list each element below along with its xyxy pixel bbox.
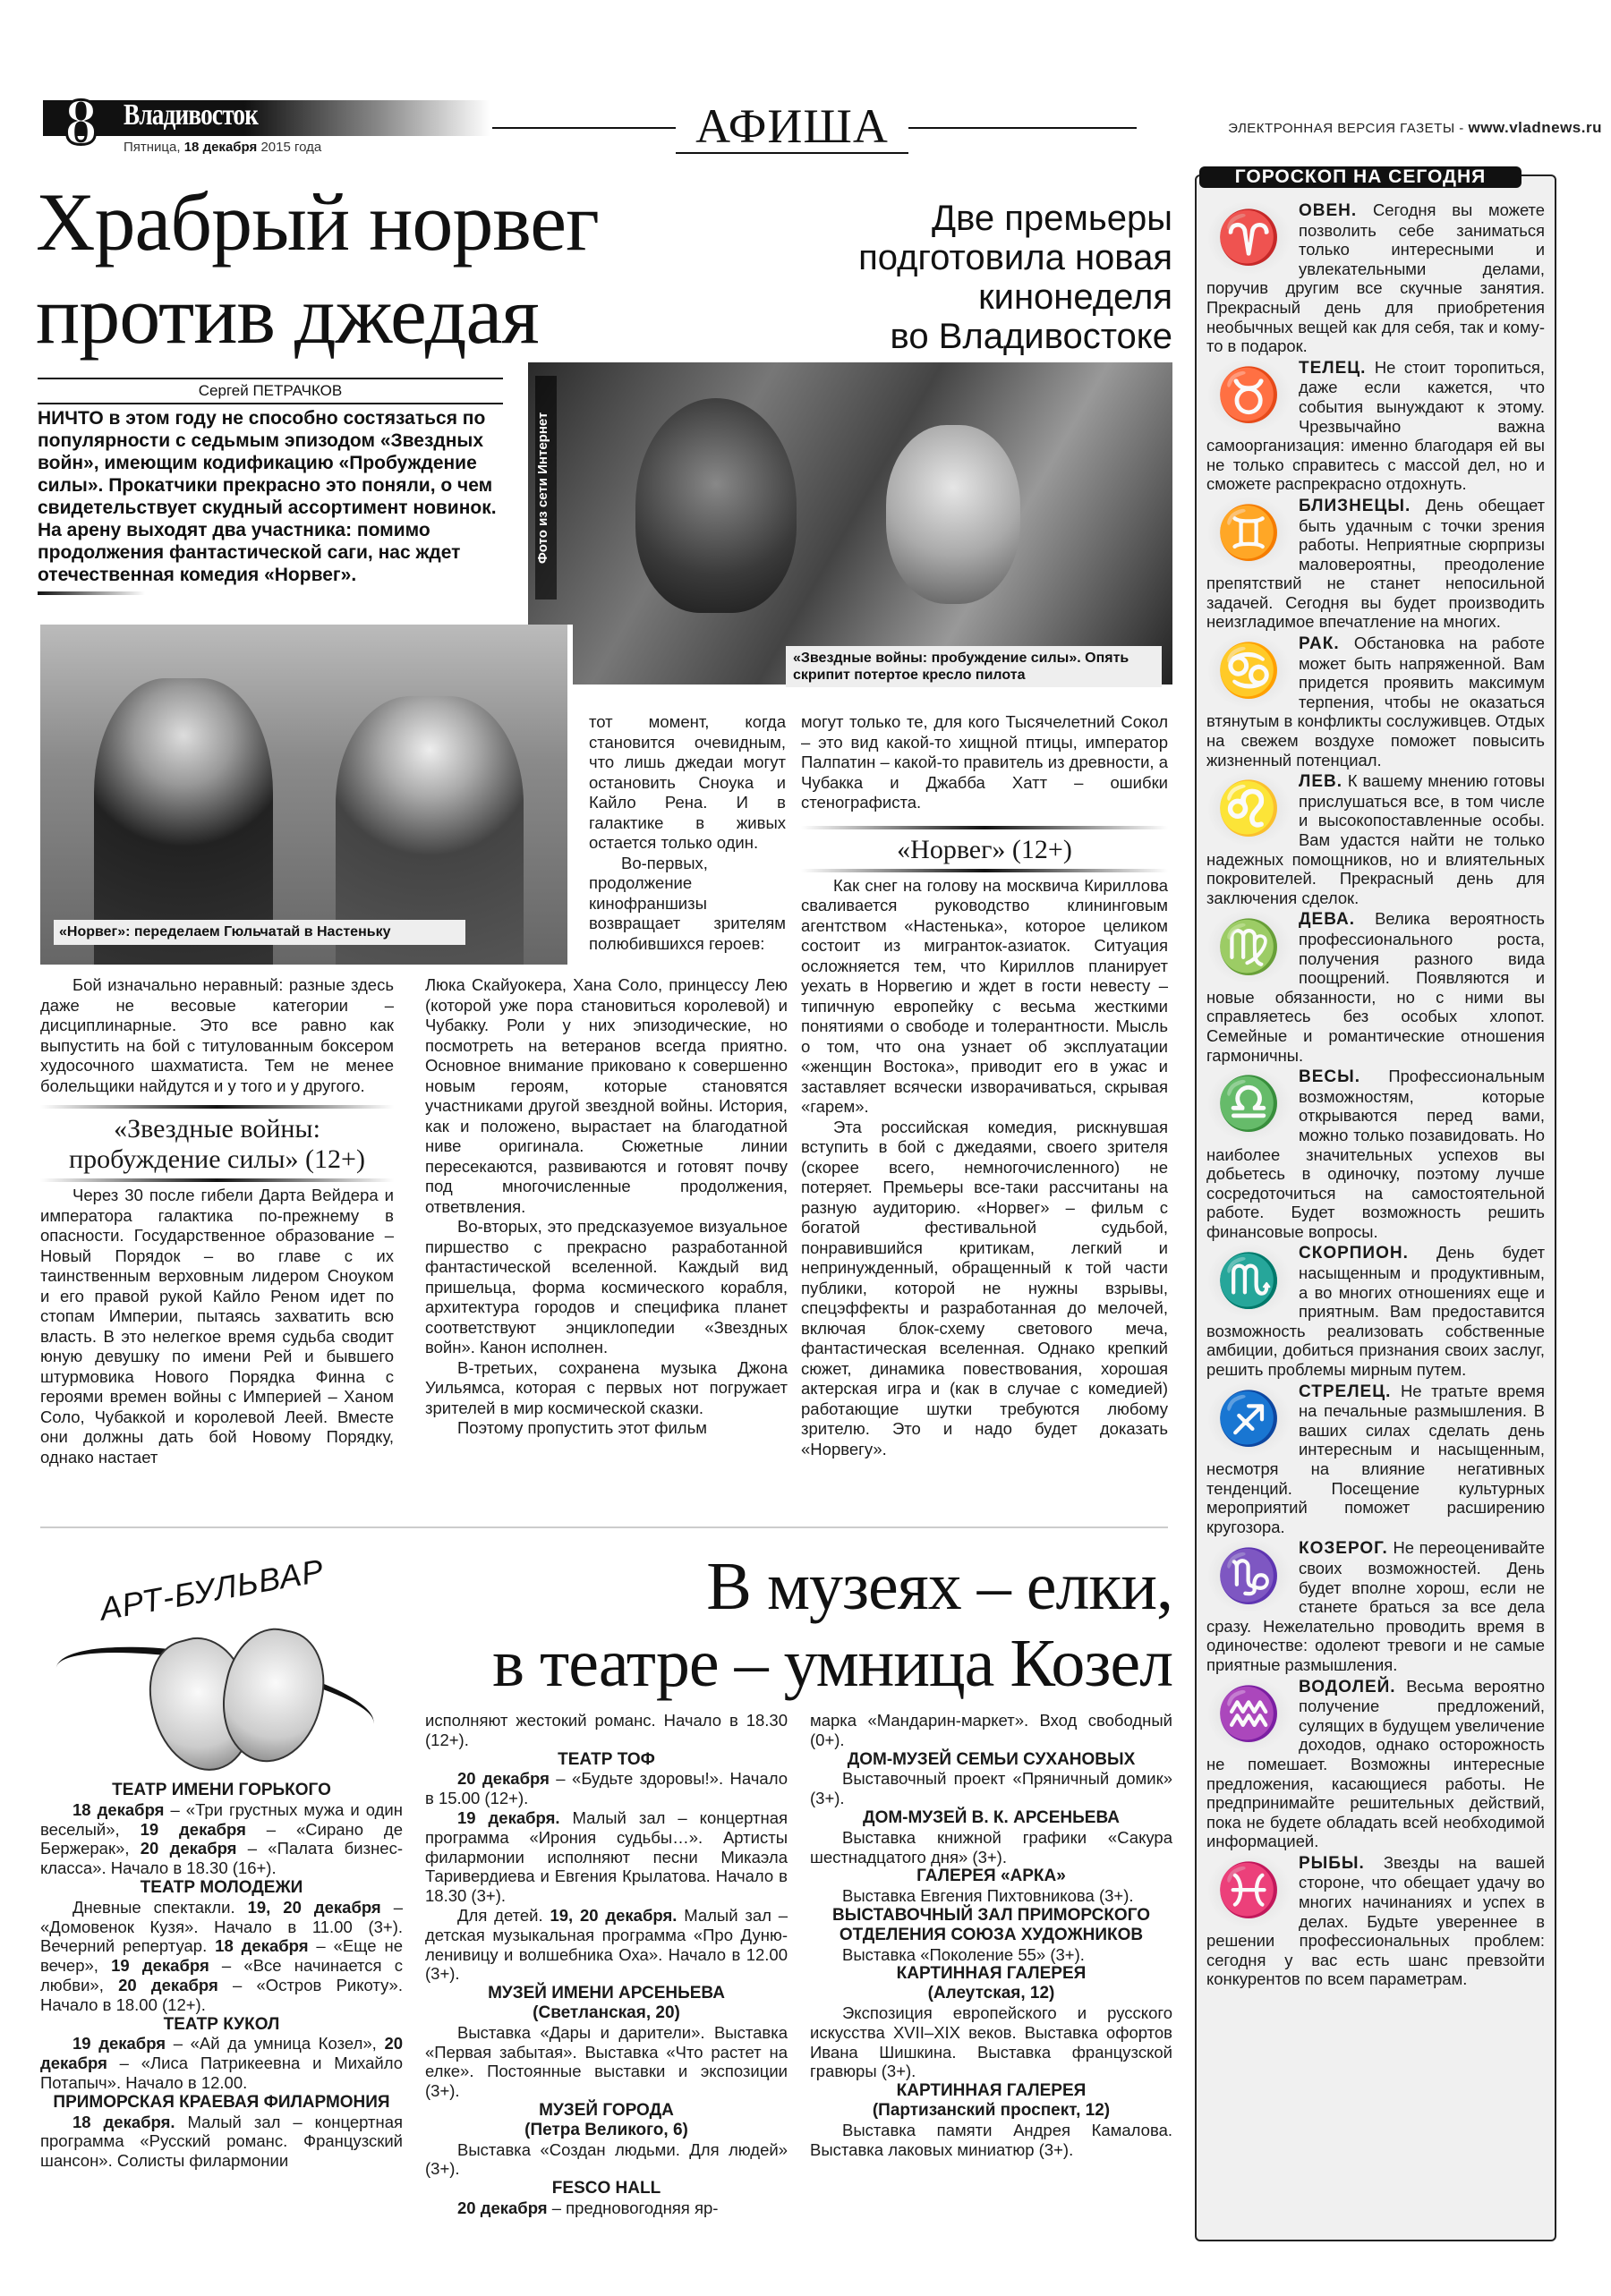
- listings-column-2: исполняют жестокий романс. Начало в 18.3…: [425, 1711, 788, 2218]
- photo-credit: Фото из сети Интернет: [535, 376, 557, 600]
- art-boulevard-label: АРТ-БУЛЬВАР: [97, 1552, 327, 1628]
- masthead: 8 Владивосток Пятница, 18 декабря 2015 г…: [43, 97, 490, 150]
- horoscope-list: ♈ОВЕН. Сегодня вы можете позволить себе …: [1206, 200, 1545, 1991]
- horoscope-entry: ♐СТРЕЛЕЦ. Не тратьте время на печальные …: [1206, 1382, 1545, 1537]
- pisces-icon: ♓: [1206, 1853, 1291, 1928]
- virgo-icon: ♍: [1206, 909, 1291, 984]
- venue-address: (Светланская, 20): [425, 2003, 788, 2023]
- masthead-gradient-bar: [43, 100, 490, 136]
- photo-caption-star-wars: «Звездные войны: пробуждение силы». Опят…: [786, 646, 1162, 687]
- venue-name: ПРИМОРСКАЯ КРАЕВАЯ ФИЛАРМОНИЯ: [40, 2093, 403, 2113]
- listings-column-3: марка «Мандарин-маркет». Вход свободный …: [810, 1711, 1172, 2159]
- event-listing: Выставка «Дары и дарители». Выставка «Пе…: [425, 2023, 788, 2101]
- paragraph: Через 30 после гибели Дарта Вейдера и им…: [40, 1186, 394, 1467]
- paragraph: Бой изначально неравный: разные здесь да…: [40, 975, 394, 1096]
- venue-name: ГАЛЕРЕЯ «АРКА»: [810, 1867, 1172, 1886]
- sign-name: ВЕСЫ.: [1299, 1067, 1360, 1086]
- paragraph: Эта российская комедия, рискнувшая вступ…: [801, 1118, 1168, 1460]
- subtitle-star-wars: «Звездные войны: пробуждение силы» (12+): [40, 1109, 394, 1178]
- sign-name: ТЕЛЕЦ.: [1299, 359, 1366, 378]
- section-divider: [40, 1526, 1168, 1528]
- subtitle-norveg: «Норвег» (12+): [801, 829, 1168, 869]
- event-listing: Выставочный проект «Пряничный домик» (3+…: [810, 1769, 1172, 1808]
- byline: Сергей ПЕТРАЧКОВ: [38, 378, 503, 404]
- event-listing: 18 декабря. Малый зал – концертная прогр…: [40, 2113, 403, 2171]
- article-lead: НИЧТО в этом году не способно состязатьс…: [38, 407, 503, 595]
- sagittarius-icon: ♐: [1206, 1382, 1291, 1457]
- photo-caption-norveg: «Норвег»: переделаем Гюльчатай в Настень…: [54, 920, 465, 945]
- paragraph: тот момент, когда становится очевидным, …: [589, 712, 786, 854]
- venue-name: ТЕАТР ТОФ: [425, 1750, 788, 1770]
- newspaper-name: Владивосток: [124, 98, 258, 132]
- horoscope-entry: ♊БЛИЗНЕЦЫ. День обещает быть удачным с т…: [1206, 496, 1545, 632]
- paragraph: Люка Скайуокера, Хана Соло, принцессу Ле…: [425, 975, 788, 1217]
- photo-norveg: [40, 625, 573, 965]
- sign-name: СКОРПИОН.: [1299, 1244, 1409, 1263]
- cancer-icon: ♋: [1206, 634, 1291, 709]
- venue-name: ВЫСТАВОЧНЫЙ ЗАЛ ПРИМОРСКОГО ОТДЕЛЕНИЯ СО…: [810, 1906, 1172, 1945]
- event-listing: Выставка книжной графики «Сакура шестнад…: [810, 1828, 1172, 1867]
- sign-name: БЛИЗНЕЦЫ.: [1299, 497, 1411, 515]
- gemini-icon: ♊: [1206, 496, 1291, 571]
- horoscope-entry: ♋РАК. Обстановка на работе может быть на…: [1206, 634, 1545, 770]
- venue-name: ТЕАТР КУКОЛ: [40, 2015, 403, 2035]
- sign-name: ДЕВА.: [1299, 910, 1355, 929]
- paragraph: Во-первых, продолжение кинофраншизы возв…: [589, 854, 786, 955]
- venue-name: КАРТИННАЯ ГАЛЕРЕЯ: [810, 1964, 1172, 1984]
- event-listing: Для детей. 19, 20 декабря. Малый зал – д…: [425, 1906, 788, 1984]
- event-listing: Выставка «Поколение 55» (3+).: [810, 1945, 1172, 1965]
- article-column-2: Люка Скайуокера, Хана Соло, принцессу Ле…: [425, 975, 788, 1439]
- art-boulevard-logo: АРТ-БУЛЬВАР: [36, 1557, 394, 1781]
- horoscope-entry: ♒ВОДОЛЕЙ. Весьма вероятно получение пред…: [1206, 1677, 1545, 1851]
- website-link[interactable]: www.vladnews.ru: [1468, 119, 1602, 136]
- sign-name: СТРЕЛЕЦ.: [1299, 1382, 1391, 1401]
- venue-name: ДОМ-МУЗЕЙ СЕМЬИ СУХАНОВЫХ: [810, 1750, 1172, 1770]
- event-listing: 20 декабря – предновогодняя яр-: [425, 2198, 788, 2218]
- event-listing: Выставка Евгения Пихтовникова (3+).: [810, 1886, 1172, 1906]
- sign-name: РЫБЫ.: [1299, 1854, 1365, 1873]
- sign-name: ВОДОЛЕЙ.: [1299, 1678, 1396, 1696]
- venue-name: МУЗЕЙ ГОРОДА: [425, 2101, 788, 2121]
- section-title: АФИША: [676, 98, 908, 154]
- event-listing: Экспозиция европейского и русского искус…: [810, 2003, 1172, 2081]
- issue-date: Пятница, 18 декабря 2015 года: [124, 140, 321, 155]
- horoscope-entry: ♌ЛЕВ. К вашему мнению готовы прислушатьс…: [1206, 771, 1545, 907]
- horoscope-title: ГОРОСКОП НА СЕГОДНЯ: [1199, 166, 1521, 188]
- venue-name: ТЕАТР ИМЕНИ ГОРЬКОГО: [40, 1781, 403, 1800]
- horoscope-entry: ♉ТЕЛЕЦ. Не стоит торопиться, даже если к…: [1206, 358, 1545, 494]
- sign-name: ОВЕН.: [1299, 201, 1357, 220]
- horoscope-entry: ♎ВЕСЫ. Профессиональным возможностям, ко…: [1206, 1067, 1545, 1241]
- scorpio-icon: ♏: [1206, 1243, 1291, 1318]
- event-listing: 18 декабря – «Три грустных мужа и один в…: [40, 1800, 403, 1878]
- article-column-1: Бой изначально неравный: разные здесь да…: [40, 975, 394, 1467]
- article-headline: Храбрый норвег против джедая: [36, 175, 805, 361]
- venue-address: (Петра Великого, 6): [425, 2121, 788, 2140]
- venue-name: FESCO HALL: [425, 2179, 788, 2198]
- photo-star-wars: [528, 362, 1172, 685]
- paragraph: Как снег на голову на москвича Кириллова…: [801, 876, 1168, 1118]
- paragraph: Поэтому пропустить этот фильм: [425, 1418, 788, 1439]
- sign-name: КОЗЕРОГ.: [1299, 1539, 1388, 1558]
- page-number: 8: [64, 89, 98, 156]
- listings-column-1: ТЕАТР ИМЕНИ ГОРЬКОГО18 декабря – «Три гр…: [40, 1781, 403, 2171]
- edition-label: ЭЛЕКТРОННАЯ ВЕРСИЯ ГАЗЕТЫ - www.vladnews…: [1137, 116, 1602, 140]
- lead-rule: [38, 591, 145, 595]
- venue-name: ДОМ-МУЗЕЙ В. К. АРСЕНЬЕВА: [810, 1808, 1172, 1828]
- venue-address: (Партизанский проспект, 12): [810, 2101, 1172, 2121]
- horoscope-entry: ♓РЫБЫ. Звезды на вашей стороне, что обещ…: [1206, 1853, 1545, 1989]
- listing-continuation: исполняют жестокий романс. Начало в 18.3…: [425, 1711, 788, 1750]
- photo-figure-han-solo: [886, 425, 1020, 604]
- taurus-icon: ♉: [1206, 358, 1291, 433]
- leo-icon: ♌: [1206, 771, 1291, 846]
- paragraph: могут только те, для кого Тысячелетний С…: [801, 712, 1168, 813]
- venue-name: КАРТИННАЯ ГАЛЕРЕЯ: [810, 2081, 1172, 2101]
- subtitle-rule-bottom: [801, 869, 1168, 872]
- venue-address: (Алеутская, 12): [810, 1984, 1172, 2003]
- event-listing: 19 декабря – «Ай да умница Козел», 20 де…: [40, 2034, 403, 2092]
- event-listing: Выставка «Создан людьми. Для людей» (3+)…: [425, 2140, 788, 2180]
- article-column-2-top: тот момент, когда становится очевидным, …: [589, 712, 786, 954]
- subtitle-rule-bottom: [40, 1178, 394, 1182]
- event-listing: 19 декабря. Малый зал – концертная прогр…: [425, 1808, 788, 1906]
- photo-figure-chewbacca: [635, 398, 797, 613]
- sign-name: РАК.: [1299, 634, 1340, 653]
- capricorn-icon: ♑: [1206, 1538, 1291, 1613]
- aquarius-icon: ♒: [1206, 1677, 1291, 1752]
- listing-continuation: марка «Мандарин-маркет». Вход свободный …: [810, 1711, 1172, 1750]
- horoscope-entry: ♏СКОРПИОН. День будет насыщенным и проду…: [1206, 1243, 1545, 1379]
- event-listing: Выставка памяти Андрея Камалова. Выставк…: [810, 2121, 1172, 2160]
- paragraph: Во-вторых, это предсказуемое визуальное …: [425, 1217, 788, 1358]
- venue-name: ТЕАТР МОЛОДЕЖИ: [40, 1878, 403, 1898]
- sign-name: ЛЕВ.: [1299, 772, 1342, 791]
- event-listing: 20 декабря – «Будьте здоровы!». Начало в…: [425, 1769, 788, 1808]
- aries-icon: ♈: [1206, 200, 1291, 276]
- venue-name: МУЗЕЙ ИМЕНИ АРСЕНЬЕВА: [425, 1984, 788, 2003]
- paragraph: В-третьих, сохранена музыка Джона Уильям…: [425, 1358, 788, 1419]
- libra-icon: ♎: [1206, 1067, 1291, 1142]
- art-boulevard-headline: В музеях – елки, в театре – умница Козел: [376, 1548, 1172, 1702]
- article-column-3: могут только те, для кого Тысячелетний С…: [801, 712, 1168, 1459]
- event-listing: Дневные спектакли. 19, 20 декабря – «Дом…: [40, 1898, 403, 2015]
- horoscope-entry: ♑КОЗЕРОГ. Не переоценивайте своих возмож…: [1206, 1538, 1545, 1674]
- horoscope-entry: ♍ДЕВА. Велика вероятность профессиональн…: [1206, 909, 1545, 1065]
- article-subhead: Две премьеры подготовила новая кинонедел…: [743, 199, 1172, 356]
- horoscope-entry: ♈ОВЕН. Сегодня вы можете позволить себе …: [1206, 200, 1545, 356]
